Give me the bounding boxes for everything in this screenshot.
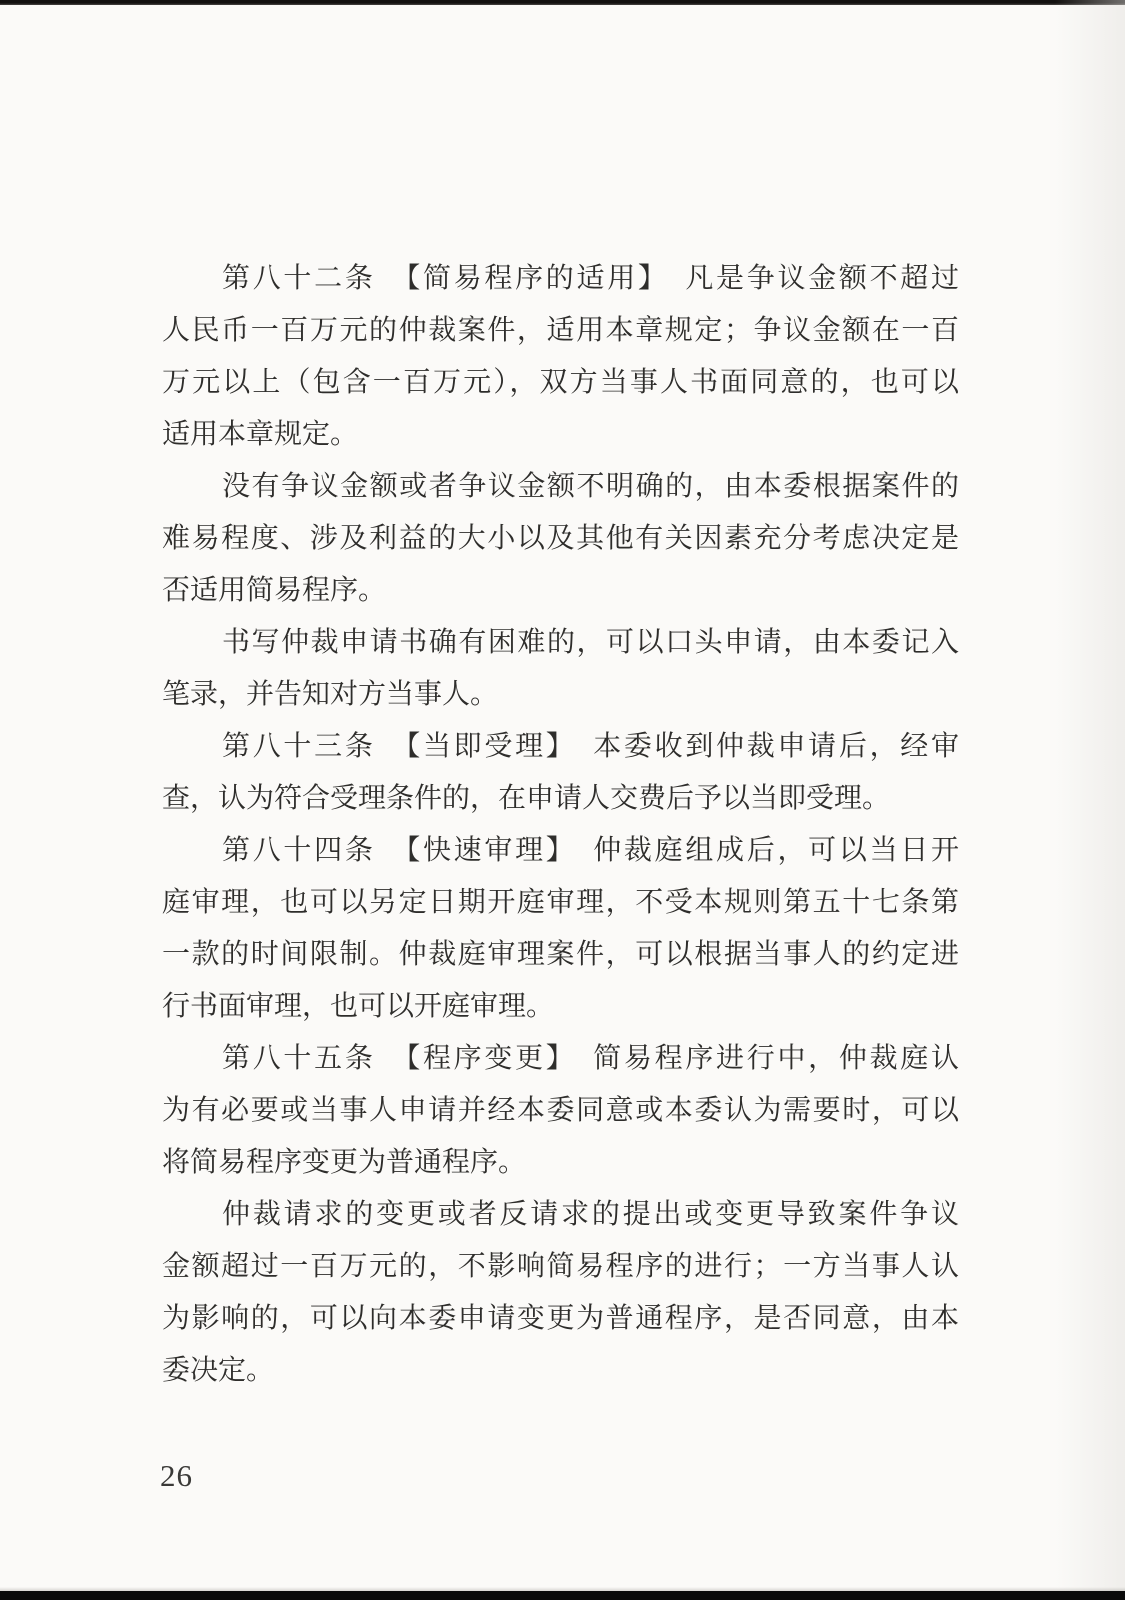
text-line: 金额超过一百万元的，不影响简易程序的进行；一方当事人认 xyxy=(162,1241,959,1293)
text-line: 行书面审理，也可以开庭审理。 xyxy=(162,981,959,1033)
text-line: 将简易程序变更为普通程序。 xyxy=(162,1137,959,1189)
scanned-document-page: 第八十二条 【简易程序的适用】 凡是争议金额不超过 人民币一百万元的仲裁案件，适… xyxy=(0,0,1125,1600)
scan-tint-right xyxy=(1055,0,1125,1600)
text-line: 委决定。 xyxy=(162,1345,959,1397)
document-text-block: 第八十二条 【简易程序的适用】 凡是争议金额不超过 人民币一百万元的仲裁案件，适… xyxy=(162,253,959,1397)
text-line: 万元以上（包含一百万元），双方当事人书面同意的，也可以 xyxy=(162,357,959,409)
text-line: 没有争议金额或者争议金额不明确的，由本委根据案件的 xyxy=(162,461,959,513)
text-line-article-83-heading: 第八十三条 【当即受理】 本委收到仲裁申请后，经审 xyxy=(162,721,959,773)
page-number: 26 xyxy=(160,1458,193,1494)
text-line: 笔录，并告知对方当事人。 xyxy=(162,669,959,721)
text-line: 为有必要或当事人申请并经本委同意或本委认为需要时，可以 xyxy=(162,1085,959,1137)
text-line: 为影响的，可以向本委申请变更为普通程序，是否同意，由本 xyxy=(162,1293,959,1345)
text-line: 适用本章规定。 xyxy=(162,409,959,461)
text-line: 否适用简易程序。 xyxy=(162,565,959,617)
text-line-article-85-heading: 第八十五条 【程序变更】 简易程序进行中，仲裁庭认 xyxy=(162,1033,959,1085)
text-line: 查，认为符合受理条件的，在申请人交费后予以当即受理。 xyxy=(162,773,959,825)
text-line: 庭审理，也可以另定日期开庭审理，不受本规则第五十七条第 xyxy=(162,877,959,929)
text-line: 一款的时间限制。仲裁庭审理案件，可以根据当事人的约定进 xyxy=(162,929,959,981)
scan-edge-bottom xyxy=(0,1591,1125,1600)
text-line: 人民币一百万元的仲裁案件，适用本章规定；争议金额在一百 xyxy=(162,305,959,357)
text-line-article-84-heading: 第八十四条 【快速审理】 仲裁庭组成后，可以当日开 xyxy=(162,825,959,877)
text-line: 仲裁请求的变更或者反请求的提出或变更导致案件争议 xyxy=(162,1189,959,1241)
scan-edge-top xyxy=(0,0,1125,5)
text-line: 难易程度、涉及利益的大小以及其他有关因素充分考虑决定是 xyxy=(162,513,959,565)
text-line: 书写仲裁申请书确有困难的，可以口头申请，由本委记入 xyxy=(162,617,959,669)
text-line-article-82-heading: 第八十二条 【简易程序的适用】 凡是争议金额不超过 xyxy=(162,253,959,305)
